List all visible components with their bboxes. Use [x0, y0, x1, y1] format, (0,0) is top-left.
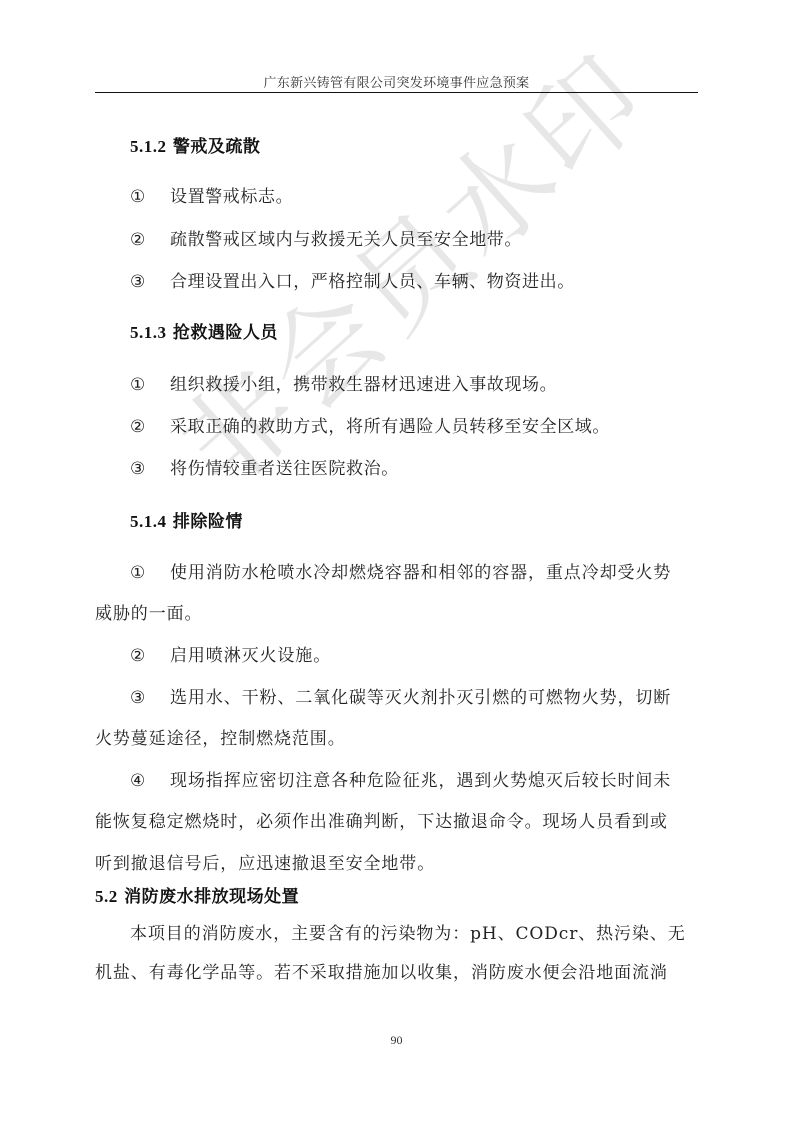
item-marker: ③: [130, 459, 170, 479]
item-marker: ③: [130, 688, 170, 708]
section-title: 警戒及疏散: [173, 137, 261, 157]
header-divider: [95, 92, 698, 93]
item-text: 设置警戒标志。: [170, 187, 293, 207]
list-item-line: 威胁的一面。: [95, 599, 202, 624]
item-text: 启用喷淋灭火设施。: [170, 646, 331, 666]
item-marker: ①: [130, 187, 170, 207]
page-header: 广东新兴铸管有限公司突发环境事件应急预案: [95, 72, 698, 91]
item-marker: ①: [130, 563, 170, 583]
list-item: ①组织救援小组，携带救生器材迅速进入事故现场。: [130, 370, 557, 395]
item-text: 现场指挥应密切注意各种危险征兆，遇到火势熄灭后较长时间未: [170, 771, 671, 791]
list-item: ③合理设置出入口，严格控制人员、车辆、物资进出。: [130, 267, 575, 292]
item-text: 疏散警戒区域内与救援无关人员至安全地带。: [170, 230, 522, 250]
list-item: ③将伤情较重者送往医院救治。: [130, 454, 399, 479]
paragraph-line: 本项目的消防废水，主要含有的污染物为：pH、CODcr、热污染、无: [130, 919, 686, 944]
list-item-line: ②启用喷淋灭火设施。: [130, 641, 331, 666]
item-marker: ②: [130, 417, 170, 437]
section-title: 消防废水排放现场处置: [124, 887, 299, 907]
item-marker: ④: [130, 771, 170, 791]
item-text: 采取正确的救助方式，将所有遇险人员转移至安全区域。: [170, 417, 610, 437]
list-item-line: 火势蔓延途径，控制燃烧范围。: [95, 724, 346, 749]
list-item: ②疏散警戒区域内与救援无关人员至安全地带。: [130, 225, 522, 250]
item-text: 选用水、干粉、二氧化碳等灭火剂扑灭引燃的可燃物火势，切断: [170, 688, 671, 708]
list-item: ②采取正确的救助方式，将所有遇险人员转移至安全区域。: [130, 412, 610, 437]
document-page: 非会员水印 广东新兴铸管有限公司突发环境事件应急预案 5.1.2 警戒及疏散 ①…: [0, 0, 793, 1122]
section-heading-5-1-2: 5.1.2 警戒及疏散: [130, 132, 260, 157]
section-heading-5-2: 5.2 消防废水排放现场处置: [95, 882, 299, 907]
section-number: 5.1.4: [130, 512, 167, 531]
section-number: 5.2: [95, 887, 118, 906]
item-text: 将伤情较重者送往医院救治。: [170, 459, 399, 479]
list-item: ①设置警戒标志。: [130, 182, 293, 207]
item-marker: ①: [130, 375, 170, 395]
item-marker: ②: [130, 646, 170, 666]
list-item-line: ④现场指挥应密切注意各种危险征兆，遇到火势熄灭后较长时间未: [130, 766, 671, 791]
list-item-line: ①使用消防水枪喷水冷却燃烧容器和相邻的容器，重点冷却受火势: [130, 558, 671, 583]
item-text: 组织救援小组，携带救生器材迅速进入事故现场。: [170, 375, 557, 395]
item-marker: ③: [130, 272, 170, 292]
list-item-line: ③选用水、干粉、二氧化碳等灭火剂扑灭引燃的可燃物火势，切断: [130, 683, 671, 708]
section-title: 排除险情: [173, 512, 243, 532]
paragraph-line: 机盐、有毒化学品等。若不采取措施加以收集，消防废水便会沿地面流淌: [95, 958, 668, 983]
section-heading-5-1-4: 5.1.4 排除险情: [130, 507, 243, 532]
page-number: 90: [0, 1033, 793, 1048]
list-item-line: 能恢复稳定燃烧时，必须作出准确判断，下达撤退命令。现场人员看到或: [95, 807, 668, 832]
item-text: 合理设置出入口，严格控制人员、车辆、物资进出。: [170, 272, 575, 292]
section-number: 5.1.2: [130, 137, 167, 156]
section-title: 抢救遇险人员: [173, 323, 278, 343]
item-marker: ②: [130, 230, 170, 250]
list-item-line: 听到撤退信号后，应迅速撤退至安全地带。: [95, 849, 435, 874]
item-text: 使用消防水枪喷水冷却燃烧容器和相邻的容器，重点冷却受火势: [170, 563, 671, 583]
section-heading-5-1-3: 5.1.3 抢救遇险人员: [130, 318, 278, 343]
section-number: 5.1.3: [130, 323, 167, 342]
